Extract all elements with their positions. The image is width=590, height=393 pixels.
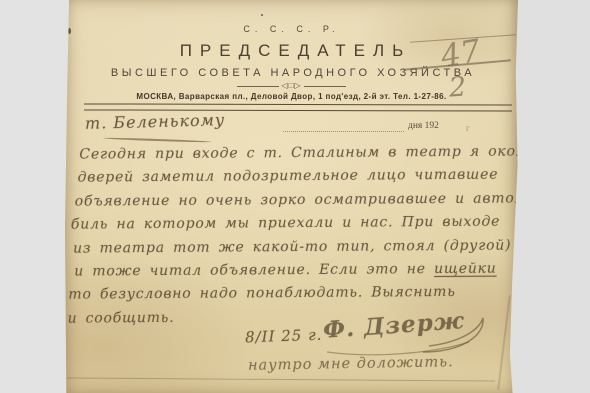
- paper-speck: [261, 14, 263, 16]
- paper-speck: [68, 28, 71, 34]
- ornament-line-left: [237, 86, 279, 87]
- date-blank-label: дня 192: [408, 121, 439, 131]
- body-line: то безусловно надо понаблюдать. Выяснить: [68, 284, 515, 311]
- addressee: т. Беленькому: [85, 110, 226, 133]
- body-line: биль на котором мы приехали и нас. При в…: [71, 214, 515, 240]
- body-line-text: и тоже читал объявление. Если это не: [74, 261, 434, 280]
- scan-background: С. С. С. Р. ПРЕДСЕДАТЕЛЬ ВЫСШЕГО СОВЕТА …: [0, 0, 590, 393]
- pencil-bottom-line: [67, 378, 495, 382]
- letter-body: Сегодня при входе с т. Сталиным в театр …: [79, 143, 515, 333]
- ornament-line-right: [304, 86, 346, 87]
- pencil-page-number: 2: [448, 71, 467, 103]
- ornament-icon: ◁□▷: [279, 82, 303, 90]
- double-rule: [84, 103, 512, 111]
- body-line: и тоже читал объявление. Если это не ище…: [74, 260, 515, 286]
- body-line: дверей заметил подозрительное лицо читав…: [78, 167, 515, 193]
- date-blank-suffix: г: [466, 123, 470, 133]
- signature-flourish-icon: [311, 308, 491, 360]
- body-line: объявление но очень зорко осматривавшее …: [75, 190, 515, 216]
- body-line: из театра тот же какой-то тип, стоял (др…: [73, 237, 515, 263]
- underlined-word: ищейки: [434, 261, 497, 277]
- date-blank-line: [283, 122, 404, 132]
- addressee-underline: [103, 137, 211, 143]
- pencil-crossed-number: 47: [438, 33, 483, 75]
- country-name: С. С. С. Р.: [65, 24, 518, 34]
- postscript: наутро мне доложить.: [248, 354, 454, 374]
- document-paper: С. С. С. Р. ПРЕДСЕДАТЕЛЬ ВЫСШЕГО СОВЕТА …: [65, 0, 518, 393]
